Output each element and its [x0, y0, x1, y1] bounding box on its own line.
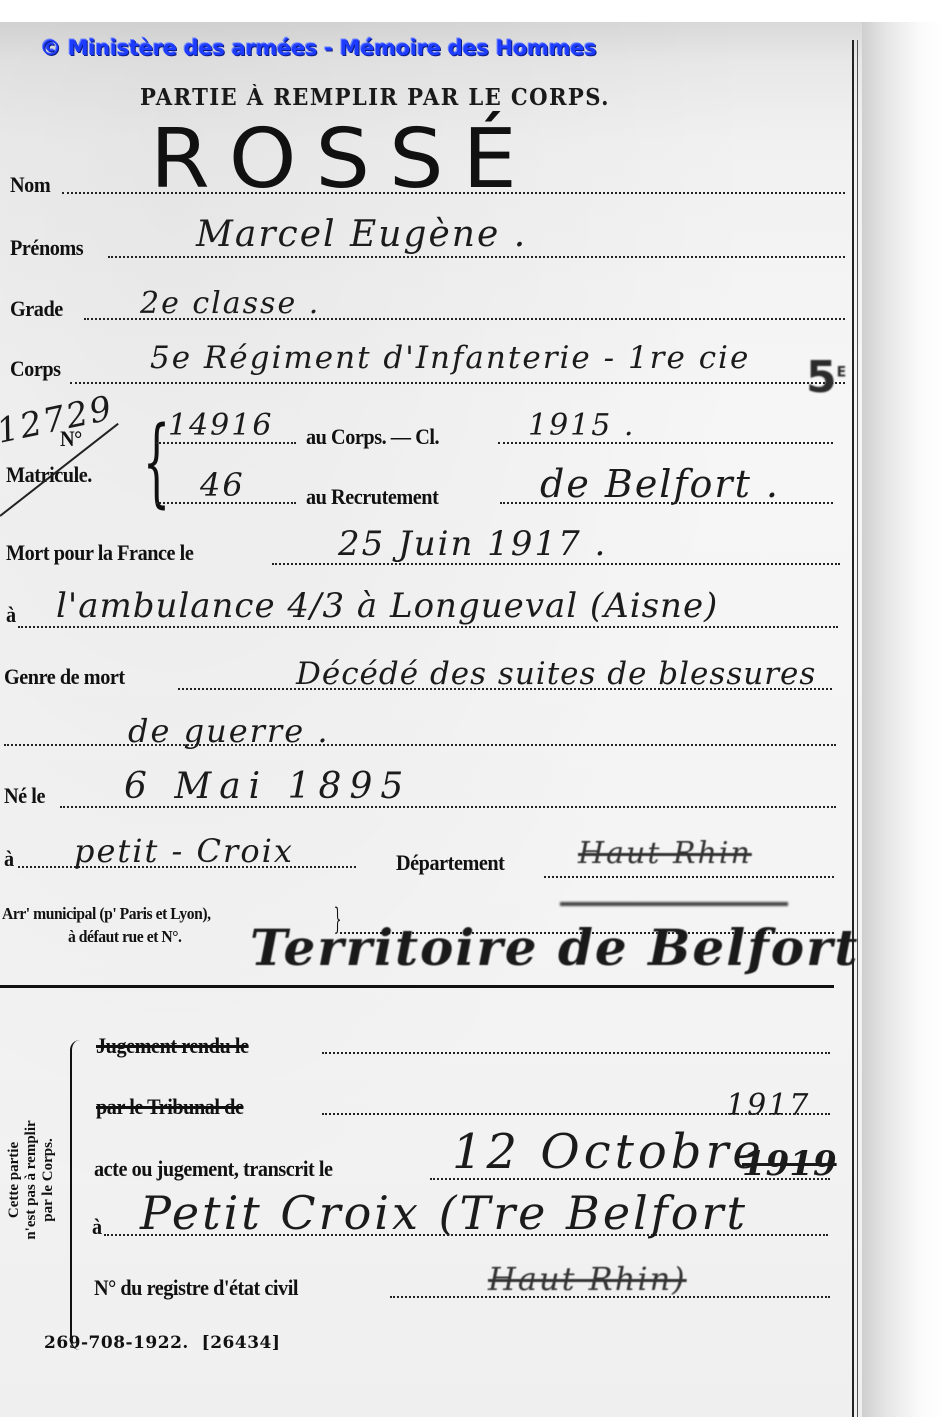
lieu-mort-value: l'ambulance 4/3 à Longueval (Aisne) — [56, 586, 718, 626]
lieu-naissance-dotted-line — [18, 866, 356, 868]
genre-mort-dotted-line-2 — [4, 744, 836, 746]
nom-label: Nom — [10, 172, 50, 198]
top-margin — [0, 0, 944, 22]
prenoms-value: Marcel Eugène . — [196, 214, 527, 255]
tribunal-label: par le Tribunal de — [96, 1094, 244, 1120]
copyright-watermark: © Ministère des armées - Mémoire des Hom… — [40, 36, 596, 60]
corps-number-dotted-line — [156, 442, 296, 444]
mort-dotted-line — [272, 563, 840, 565]
recrutement-value: de Belfort . — [540, 462, 780, 506]
card-border-line-inner — [857, 40, 858, 1417]
prenoms-dotted-line — [108, 256, 845, 258]
tribunal-year-value: 1917 — [726, 1088, 810, 1123]
classe-value: 1915 . — [528, 408, 635, 443]
naissance-label: Né le — [4, 783, 45, 809]
grade-value: 2e classe . — [140, 286, 320, 321]
departement-struck-value: Haut Rhin — [578, 836, 752, 871]
corps-number-value: 14916 — [168, 408, 273, 443]
jugement-label: Jugement rendu le — [96, 1033, 249, 1059]
au-recrutement-label: au Recrutement — [306, 484, 438, 510]
registre-struck-value: Haut Rhin) — [488, 1260, 687, 1298]
acte-year-struck: 1919 — [742, 1144, 837, 1184]
corps-value: 5e Régiment d'Infanterie - 1re cie — [150, 340, 750, 376]
print-reference: 269-708-1922. [26434] — [44, 1333, 280, 1353]
form-title: PARTIE À REMPLIR PAR LE CORPS. — [140, 84, 610, 111]
grade-label: Grade — [10, 296, 63, 322]
matricule-brace: { — [143, 414, 170, 510]
naissance-value: 6 Mai 1895 — [124, 766, 411, 807]
jugement-dotted-line — [322, 1052, 830, 1054]
recrutement-dotted-line — [500, 502, 833, 504]
card-border-line — [852, 40, 854, 1417]
scan-edge-shadow — [862, 22, 944, 1417]
departement-label: Département — [396, 850, 504, 876]
departement-value: Territoire de Belfort — [250, 918, 860, 977]
lieu-naissance-label: à — [4, 846, 14, 872]
lieu-naissance-value: petit - Croix — [74, 832, 294, 870]
corps-label: Corps — [10, 356, 61, 382]
lieu-mort-label: à — [6, 602, 16, 628]
mort-label: Mort pour la France le — [6, 540, 193, 566]
naissance-dotted-line — [60, 806, 836, 808]
recrutement-number-value: 46 — [200, 466, 245, 504]
genre-mort-dotted-line — [178, 688, 832, 690]
corps-dotted-line — [70, 382, 845, 384]
side-note: Cette partie n'est pas à remplir par le … — [6, 1090, 57, 1270]
side-note-brace — [70, 1040, 82, 1350]
lieu-acte-label: à — [92, 1214, 102, 1240]
recrutement-number-dotted-line — [156, 502, 296, 504]
nom-dotted-line — [62, 192, 845, 194]
prenoms-label: Prénoms — [10, 235, 83, 261]
lieu-mort-dotted-line — [18, 626, 838, 628]
acte-date-value: 12 Octobre — [452, 1124, 765, 1180]
acte-label: acte ou jugement, transcrit le — [94, 1156, 333, 1182]
au-corps-label: au Corps. — Cl. — [306, 424, 439, 450]
arrondissement-label-line1: Arr' municipal (p' Paris et Lyon), — [2, 904, 211, 924]
section-divider — [0, 985, 834, 988]
arrondissement-label-line2: à défaut rue et N°. — [68, 927, 181, 947]
lieu-acte-value: Petit Croix (Tre Belfort — [140, 1186, 748, 1240]
matricule-no-label: N° — [60, 426, 82, 452]
genre-mort-label: Genre de mort — [4, 664, 125, 690]
departement-strike-mark — [560, 902, 788, 906]
grade-dotted-line — [84, 318, 845, 320]
mort-value: 25 Juin 1917 . — [338, 524, 607, 564]
genre-mort-value-line1: Décédé des suites de blessures — [296, 656, 816, 692]
classe-dotted-line — [498, 442, 833, 444]
departement-dotted-line — [544, 876, 834, 878]
registre-label: N° du registre d'état civil — [94, 1275, 298, 1301]
company-stamp: 5E — [806, 352, 846, 403]
